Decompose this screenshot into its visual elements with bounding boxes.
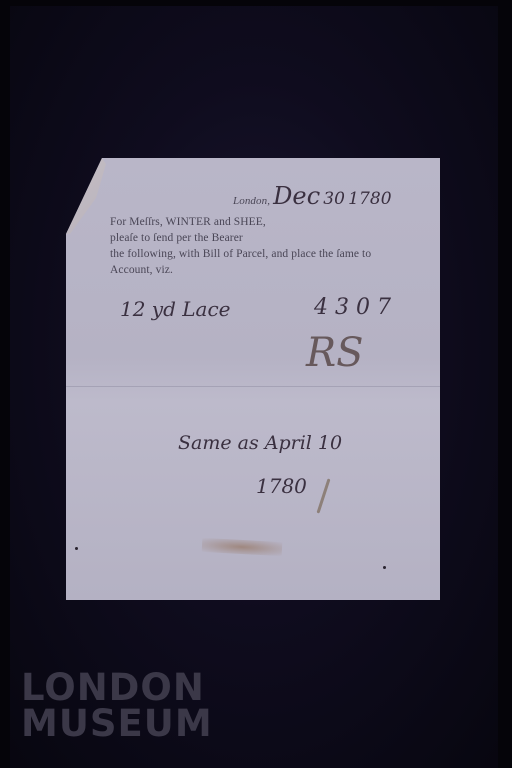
printed-line-account: Account, viz. (110, 264, 173, 276)
pin-hole-right (383, 566, 386, 569)
date-month: Dec (273, 182, 320, 210)
handwritten-initials: RS (306, 330, 364, 376)
logo-line-1: LONDON (21, 670, 213, 706)
pin-hole-left (75, 547, 78, 550)
handwritten-note: Same as April 10 (178, 432, 342, 454)
handwritten-item: 12 yd Lace (120, 297, 231, 321)
handwritten-amount: 4 3 0 7 (314, 295, 391, 320)
date-day: 30 (323, 189, 345, 209)
date-line: London, Dec 30 1780 (233, 182, 392, 210)
frame-edge-top (0, 0, 512, 6)
fold-line (66, 386, 440, 387)
printed-line-addressee: For Meſſrs, WINTER and SHEE, (110, 216, 266, 228)
printed-line-request: pleaſe to ſend per the Bearer (110, 232, 243, 244)
london-museum-logo: LONDON MUSEUM (21, 670, 213, 742)
handwritten-note-year: 1780 (256, 474, 307, 498)
frame-edge-right (498, 0, 512, 768)
logo-line-2: MUSEUM (21, 706, 213, 742)
date-year: 1780 (348, 189, 392, 209)
printed-line-instructions: the following, with Bill of Parcel, and … (110, 248, 371, 260)
frame-edge-left (0, 0, 10, 768)
date-place: London, (233, 195, 270, 207)
